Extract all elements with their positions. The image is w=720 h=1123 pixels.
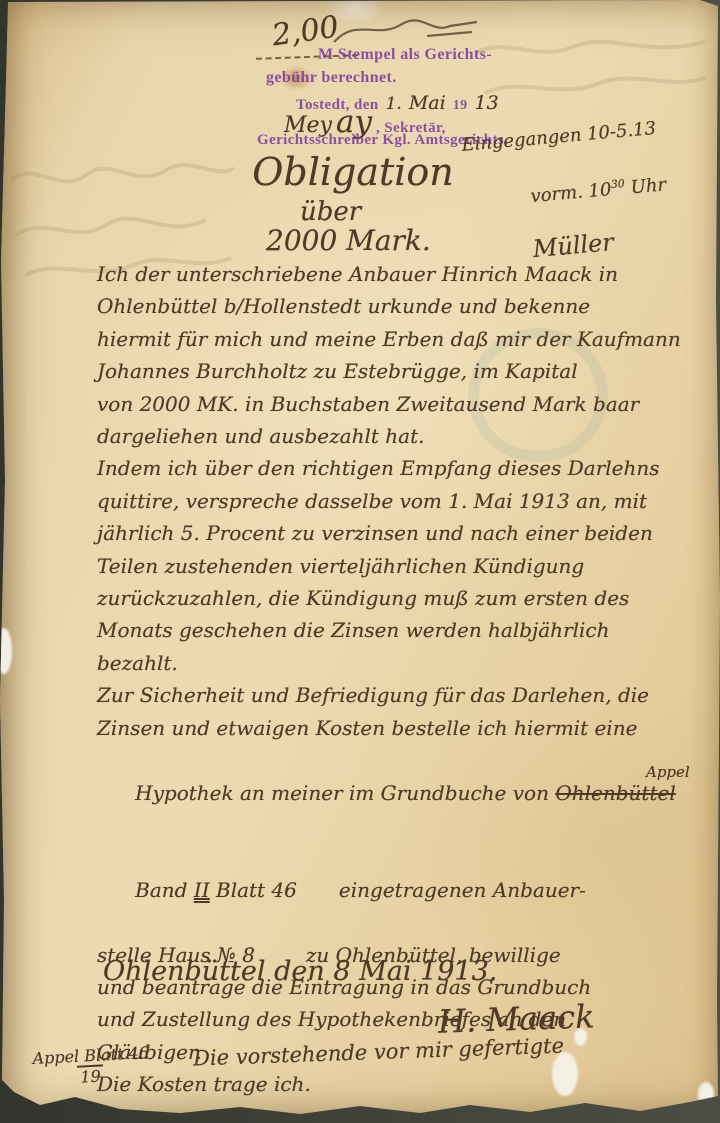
body-line: Die Kosten trage ich. <box>97 1068 683 1100</box>
body-line: hiermit für mich und meine Erben daß mir… <box>97 323 683 355</box>
band-roman-numeral: II <box>194 878 210 902</box>
file-reference-line2: 19 <box>77 1064 104 1086</box>
body-line: und Zustellung des Hypothekenbriefes an … <box>97 1003 683 1035</box>
inserted-correction: Appel <box>646 765 690 780</box>
body-line: Zinsen und etwaigen Kosten bestelle ich … <box>97 712 683 744</box>
body-line: Ich der unterschriebene Anbauer Hinrich … <box>97 258 683 290</box>
file-reference: Appel Blatt 46 19 <box>32 1043 150 1089</box>
body-line: dargeliehen und ausbezahlt hat. <box>97 420 683 452</box>
body-line: von 2000 MK. in Buchstaben Zweitausend M… <box>97 388 683 420</box>
paper-tear <box>698 1082 714 1106</box>
year-handwritten: 13 <box>475 92 499 114</box>
title-amount: 2000 Mark. <box>266 224 431 257</box>
body-line: Johannes Burchholtz zu Estebrügge, im Ka… <box>97 355 683 387</box>
title-ueber: über <box>300 197 361 227</box>
fee-stamp-line1: M Stempel als Gerichts- <box>318 46 492 64</box>
body-line: Monats geschehen die Zinsen werden halbj… <box>97 614 683 679</box>
body-line: Zur Sicherheit und Befriedigung für das … <box>97 679 683 711</box>
body-line: jährlich 5. Procent zu verzinsen und nac… <box>97 517 683 549</box>
document-paper: 2,00 M Stempel als Gerichts- gebühr bere… <box>0 0 720 1123</box>
struck-word: OhlenbüttelAppel <box>555 781 675 805</box>
document-title: Obligation <box>0 150 706 194</box>
body-line: Teilen zustehenden vierteljährlichen Kün… <box>97 550 683 582</box>
ink-bleedthrough-top-right <box>470 28 710 118</box>
year-printed: 19 <box>453 98 468 114</box>
paper-tear <box>0 628 12 674</box>
body-line: zurückzuzahlen, die Kündigung muß zum er… <box>97 582 683 614</box>
body-line: quittire, verspreche dasselbe vom 1. Mai… <box>97 485 683 517</box>
closing-place-date: Ohlenbüttel den 8 Mai 1913. <box>103 956 497 987</box>
fee-stamp-line2: gebühr berechnet. <box>266 69 397 87</box>
body-line-band: Band II Blatt 46eingetragenen Anbauer- <box>97 841 683 938</box>
body-line: Ohlenbüttel b/Hollenstedt urkunde und be… <box>97 290 683 322</box>
body-line: Indem ich über den richtigen Empfang die… <box>97 452 683 484</box>
scanned-document-page: { "document": { "kind": "Handschriftlich… <box>0 0 720 1123</box>
file-reference-line1: Appel Blatt 46 <box>32 1043 149 1068</box>
body-line-hypothek: Hypothek an meiner im Grundbuche von Ohl… <box>97 744 683 841</box>
